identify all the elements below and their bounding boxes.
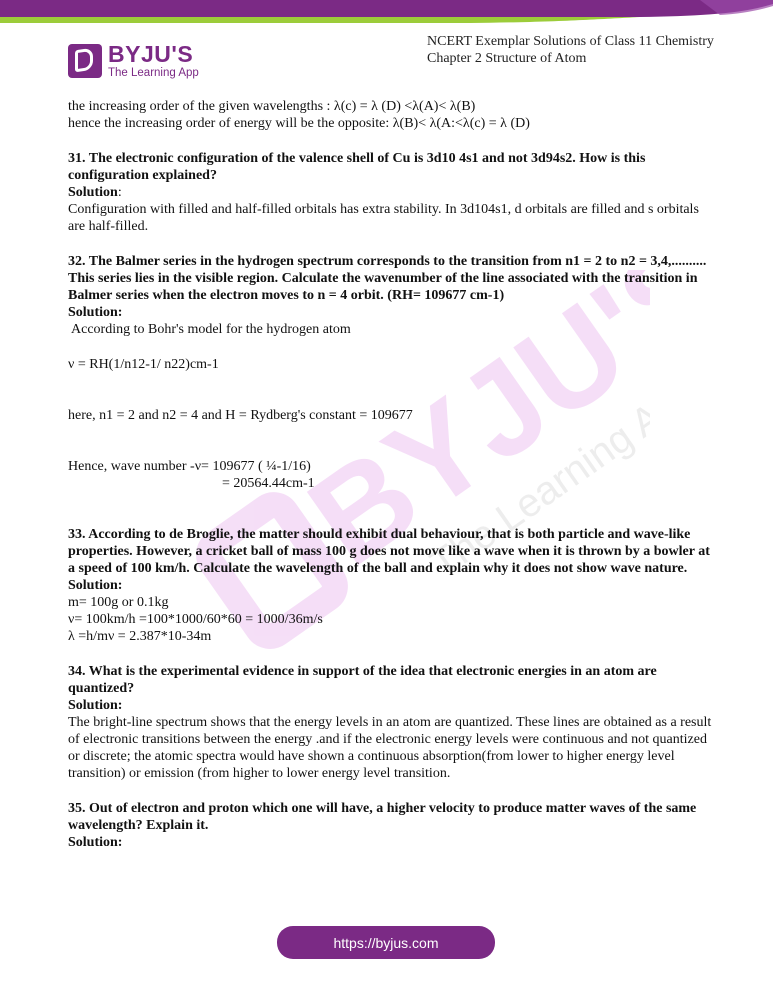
answer-33-line-1: m= 100g or 0.1kg bbox=[68, 594, 718, 611]
question-31: 31. The electronic configuration of the … bbox=[68, 150, 718, 184]
answer-32-values: here, n1 = 2 and n2 = 4 and H = Rydberg'… bbox=[68, 407, 718, 424]
solution-label-33: Solution: bbox=[68, 577, 718, 594]
answer-33-line-2: ν= 100km/h =100*1000/60*60 = 1000/36m/s bbox=[68, 611, 718, 628]
solution-label-34: Solution: bbox=[68, 697, 718, 714]
answer-32-line-1: According to Bohr's model for the hydrog… bbox=[68, 321, 718, 338]
brand-name: BYJU'S bbox=[108, 41, 193, 68]
doc-title-line-2: Chapter 2 Structure of Atom bbox=[427, 50, 714, 67]
continuation-line-2: hence the increasing order of energy wil… bbox=[68, 115, 718, 132]
footer-url-link[interactable]: https://byjus.com bbox=[277, 926, 495, 959]
answer-31: Configuration with filled and half-fille… bbox=[68, 201, 718, 235]
solution-label-35: Solution: bbox=[68, 834, 718, 851]
answer-32-formula: ν = RH(1/n12-1/ n22)cm-1 bbox=[68, 356, 718, 373]
answer-32-result: = 20564.44cm-1 bbox=[68, 475, 718, 492]
question-34: 34. What is the experimental evidence in… bbox=[68, 663, 718, 697]
question-35: 35. Out of electron and proton which one… bbox=[68, 800, 718, 834]
doc-title-line-1: NCERT Exemplar Solutions of Class 11 Che… bbox=[427, 33, 714, 50]
solution-label-31: Solution: bbox=[68, 184, 718, 201]
document-body: the increasing order of the given wavele… bbox=[68, 98, 718, 851]
header-color-band bbox=[0, 0, 773, 30]
answer-34: The bright-line spectrum shows that the … bbox=[68, 714, 718, 782]
question-32: 32. The Balmer series in the hydrogen sp… bbox=[68, 253, 718, 304]
logo-b-icon bbox=[68, 44, 102, 78]
document-title: NCERT Exemplar Solutions of Class 11 Che… bbox=[427, 33, 714, 67]
question-33: 33. According to de Broglie, the matter … bbox=[68, 526, 718, 577]
solution-label-32: Solution: bbox=[68, 304, 718, 321]
byjus-logo: BYJU'S The Learning App bbox=[68, 44, 208, 82]
brand-tagline: The Learning App bbox=[108, 67, 199, 79]
answer-32-calculation: Hence, wave number -ν= 109677 ( ¼-1/16) bbox=[68, 458, 718, 475]
continuation-line-1: the increasing order of the given wavele… bbox=[68, 98, 718, 115]
answer-33-line-3: λ =h/mν = 2.387*10-34m bbox=[68, 628, 718, 645]
